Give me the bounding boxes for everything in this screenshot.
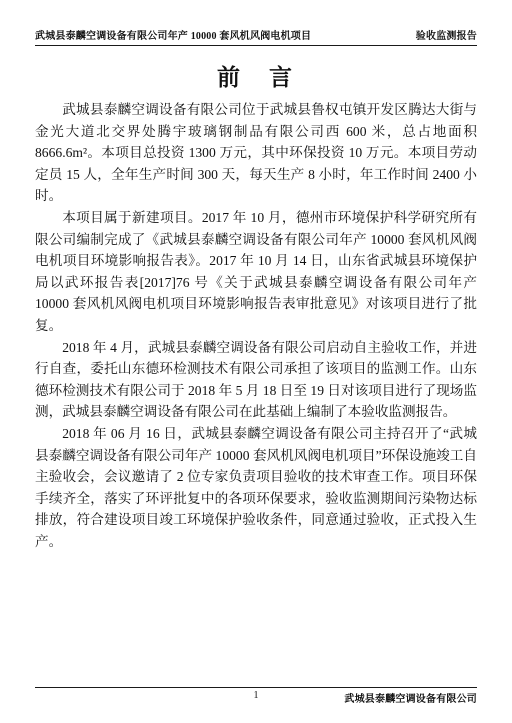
preface-paragraph-3: 2018 年 4 月，武城县泰麟空调设备有限公司启动自主验收工作，并进行自查，委… [35,337,477,423]
page-number: 1 [254,690,259,701]
preface-paragraph-1: 武城县泰麟空调设备有限公司位于武城县鲁权屯镇开发区腾达大街与金光大道北交界处腾宇… [35,99,477,207]
document-body: 武城县泰麟空调设备有限公司位于武城县鲁权屯镇开发区腾达大街与金光大道北交界处腾宇… [35,99,477,552]
preface-paragraph-2: 本项目属于新建项目。2017 年 10 月，德州市环境保护科学研究所有限公司编制… [35,207,477,337]
header-project-title: 武城县泰麟空调设备有限公司年产 10000 套风机风阀电机项目 [35,27,311,42]
page-header: 武城县泰麟空调设备有限公司年产 10000 套风机风阀电机项目 验收监测报告 [35,27,477,46]
report-page: 武城县泰麟空调设备有限公司年产 10000 套风机风阀电机项目 验收监测报告 前… [0,0,512,723]
preface-paragraph-4: 2018 年 06 月 16 日，武城县泰麟空调设备有限公司主持召开了“武城县泰… [35,423,477,553]
document-title: 前 言 [35,59,477,92]
header-report-type: 验收监测报告 [416,27,477,42]
page-footer: 1 武城县泰麟空调设备有限公司 [35,687,477,703]
footer-company-name: 武城县泰麟空调设备有限公司 [344,690,477,705]
